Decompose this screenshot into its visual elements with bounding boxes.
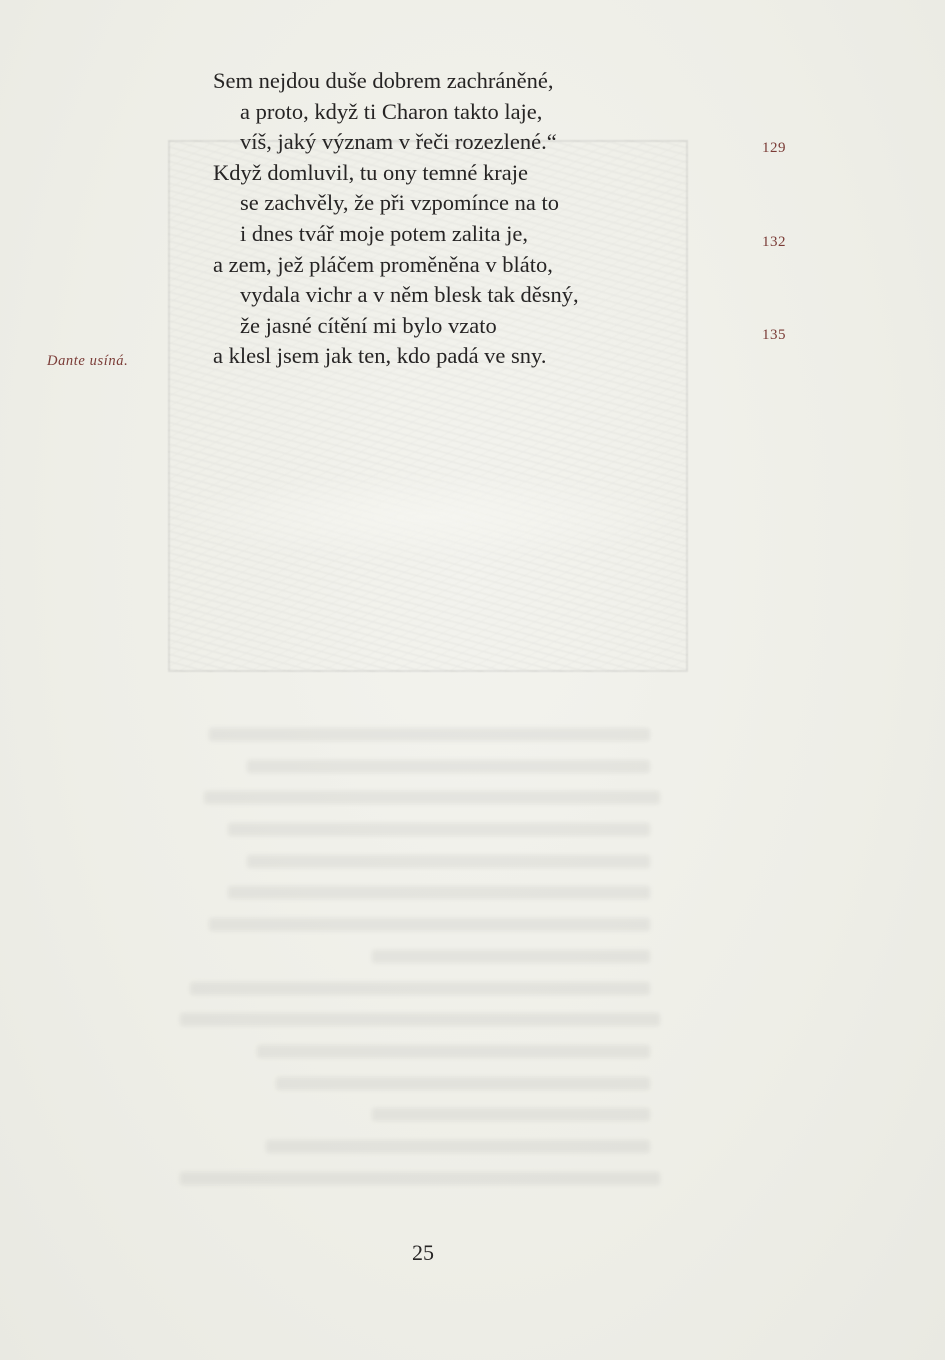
verse-line: a zem, jež pláčem proměněna v bláto,: [213, 250, 579, 281]
ghost-line: [228, 886, 650, 899]
ghost-line: [209, 728, 651, 741]
verse-line: vydala vichr a v něm blesk tak děsný,: [213, 280, 579, 311]
book-page: Sem nejdou duše dobrem zachráněné, a pro…: [0, 0, 945, 1360]
verse-line: i dnes tvář moje potem zalita je,: [213, 219, 579, 250]
line-number-135: 135: [762, 327, 786, 344]
verse-line: a klesl jsem jak ten, kdo padá ve sny.: [213, 341, 579, 372]
ghost-line: [180, 1172, 660, 1185]
ghost-line: [276, 1077, 650, 1090]
poem-verse: Sem nejdou duše dobrem zachráněné, a pro…: [213, 66, 579, 372]
verse-line: a proto, když ti Charon takto laje,: [213, 97, 579, 128]
ghost-line: [180, 1013, 660, 1026]
margin-note: Dante usíná.: [47, 353, 128, 370]
ghost-line: [190, 982, 651, 995]
ghost-line: [247, 760, 650, 773]
line-number-132: 132: [762, 234, 786, 251]
ghost-line: [247, 855, 650, 868]
verse-line: Sem nejdou duše dobrem zachráněné,: [213, 66, 579, 97]
show-through-reverse-text: [180, 728, 660, 1203]
verse-line: že jasné cítění mi bylo vzato: [213, 311, 579, 342]
line-number-129: 129: [762, 140, 786, 157]
verse-line: Když domluvil, tu ony temné kraje: [213, 158, 579, 189]
ghost-line: [204, 791, 660, 804]
ghost-line: [209, 918, 651, 931]
ghost-line: [266, 1140, 650, 1153]
ghost-line: [372, 950, 650, 963]
page-number: 25: [412, 1240, 434, 1266]
ghost-line: [228, 823, 650, 836]
verse-line: se zachvěly, že při vzpomínce na to: [213, 188, 579, 219]
ghost-line: [257, 1045, 651, 1058]
verse-line: víš, jaký význam v řeči rozezlené.“: [213, 127, 579, 158]
ghost-line: [372, 1108, 650, 1121]
